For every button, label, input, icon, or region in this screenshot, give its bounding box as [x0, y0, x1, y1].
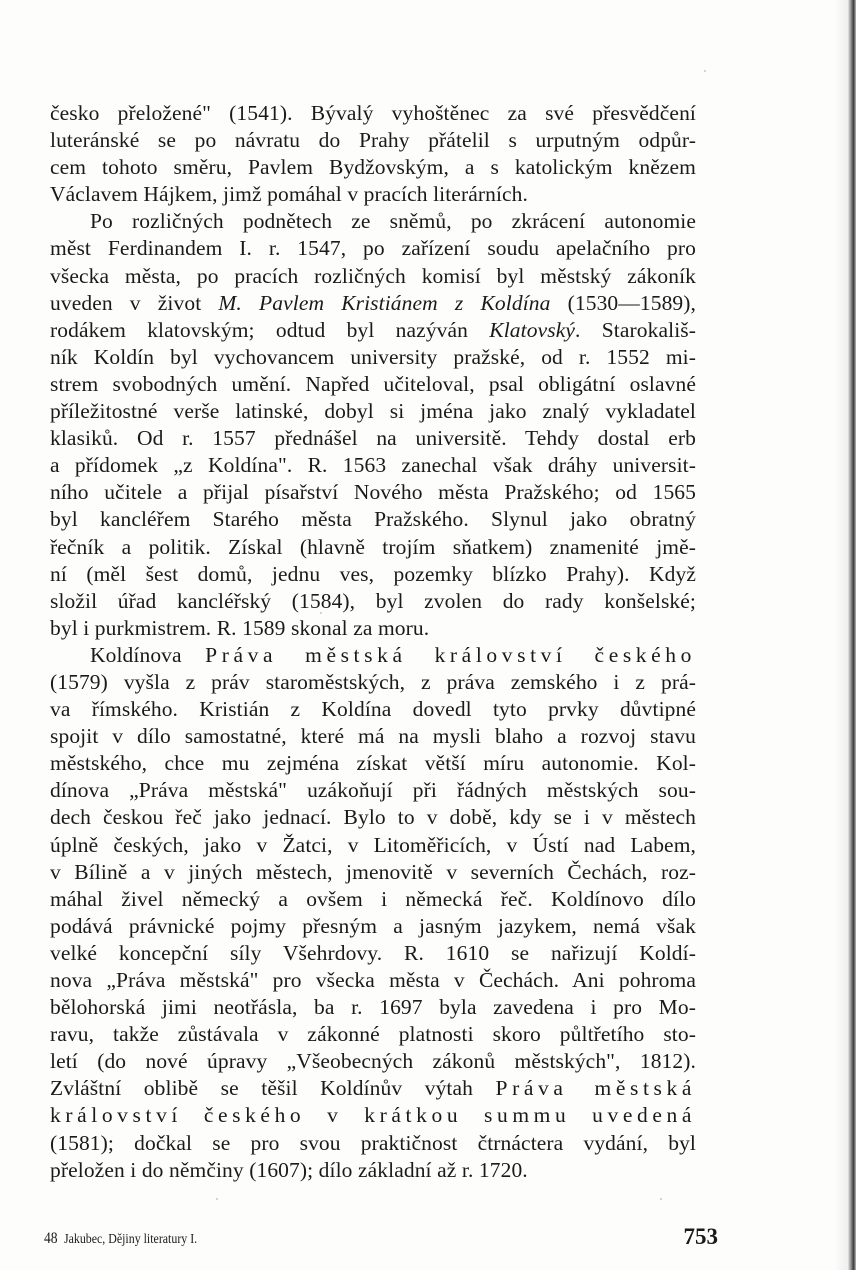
text-run: . Starokališ-	[575, 318, 696, 342]
text-run: velké koncepční síly Všehrdovy. R. 1610 …	[50, 941, 696, 965]
text-run: ravu, takže zůstávala v zákonné platnost…	[50, 1022, 696, 1046]
signature-text: Jakubec, Dějiny literatury I.	[64, 1232, 197, 1247]
page-gutter-shadow	[834, 0, 848, 1270]
text-run: klasiků. Od r. 1557 přednášel na univers…	[50, 426, 696, 450]
text-line: byl kancléřem Starého města Pražského. S…	[50, 506, 696, 533]
text-line: a přídomek „z Koldína". R. 1563 zanechal…	[50, 452, 696, 479]
text-run: v Bílině a v jiných městech, jmenovitě v…	[50, 860, 696, 884]
text-run: byl i purkmistrem. R. 1589 skonal za mor…	[50, 616, 429, 640]
text-line: spojit v dílo samostatné, které má na my…	[50, 723, 696, 750]
text-run: přeložen i do němčiny (1607); dílo zákla…	[50, 1158, 528, 1182]
signature-number: 48	[44, 1230, 58, 1247]
text-run: Po rozličných podnětech ze sněmů, po zkr…	[90, 209, 696, 233]
text-line: ník Koldín byl vychovancem university pr…	[50, 344, 696, 371]
text-line: (1581); dočkal se pro svou praktičnost č…	[50, 1130, 696, 1157]
page-edge	[848, 0, 856, 1270]
text-run: dínova „Práva městská" uzákoňují při řád…	[50, 778, 696, 802]
text-line: luteránské se po návratu do Prahy přátel…	[50, 127, 696, 154]
text-run: česko přeložené" (1541). Bývalý vyhoštěn…	[50, 101, 696, 125]
italic-name: M. Pavlem Kristiánem z Koldína	[218, 291, 550, 315]
text-run: Václavem Hájkem, jimž pomáhal v pracích …	[50, 182, 528, 206]
text-run: byl kancléřem Starého města Pražského. S…	[50, 507, 696, 531]
text-line: bělohorská jimi neotřásla, ba r. 1697 by…	[50, 994, 696, 1021]
text-run: (1581); dočkal se pro svou praktičnost č…	[50, 1131, 696, 1155]
text-line: ravu, takže zůstávala v zákonné platnost…	[50, 1021, 696, 1048]
text-line: velké koncepční síly Všehrdovy. R. 1610 …	[50, 940, 696, 967]
text-line: (1579) vyšla z práv staroměstských, z pr…	[50, 669, 696, 696]
printer-signature: 48 Jakubec, Dějiny literatury I.	[44, 1230, 197, 1248]
scan-speck	[704, 70, 706, 72]
text-run: bělohorská jimi neotřásla, ba r. 1697 by…	[50, 995, 696, 1019]
text-run: a přídomek „z Koldína". R. 1563 zanechal…	[50, 453, 696, 477]
text-line: rodákem klatovským; odtud byl nazýván Kl…	[50, 317, 696, 344]
text-run: úplně českých, jako v Žatci, v Litoměřic…	[50, 833, 696, 857]
text-run: příležitostné verše latinské, dobyl si j…	[50, 399, 696, 423]
text-line: dech českou řeč jako jednací. Bylo to v …	[50, 804, 696, 831]
page-number: 753	[684, 1224, 719, 1250]
text-run: nova „Práva městská" pro všecka města v …	[50, 968, 696, 992]
page-body-text: česko přeložené" (1541). Bývalý vyhoštěn…	[50, 100, 696, 1184]
text-line: řečník a politik. Získal (hlavně trojím …	[50, 534, 696, 561]
text-run: letí (do nové úpravy „Všeobecných zákonů…	[50, 1049, 696, 1073]
text-run: podává právnické pojmy přesným a jasným …	[50, 914, 696, 938]
text-line: ní (měl šest domů, jednu ves, pozemky bl…	[50, 561, 696, 588]
text-run: všecka města, po pracích rozličných komi…	[50, 264, 696, 288]
text-line: v Bílině a v jiných městech, jmenovitě v…	[50, 859, 696, 886]
spaced-title: Práva městská království českého	[205, 643, 696, 667]
text-line: městského, chce mu zejména získat větší …	[50, 750, 696, 777]
text-run: uveden v život	[50, 291, 218, 315]
text-run: řečník a politik. Získal (hlavně trojím …	[50, 535, 696, 559]
text-line: podává právnické pojmy přesným a jasným …	[50, 913, 696, 940]
text-line: uveden v život M. Pavlem Kristiánem z Ko…	[50, 290, 696, 317]
text-run: měst Ferdinandem I. r. 1547, po zařízení…	[50, 236, 696, 260]
text-line: byl i purkmistrem. R. 1589 skonal za mor…	[50, 615, 696, 642]
text-line: přeložen i do němčiny (1607); dílo zákla…	[50, 1157, 696, 1184]
text-line: království českého v krátkou summu uvede…	[50, 1102, 696, 1129]
text-run: va římského. Kristián z Koldína dovedl t…	[50, 697, 696, 721]
text-run: ník Koldín byl vychovancem university pr…	[50, 345, 696, 369]
text-run: Koldínova	[90, 643, 205, 667]
text-run: spojit v dílo samostatné, které má na my…	[50, 724, 696, 748]
text-run: ní (měl šest domů, jednu ves, pozemky bl…	[50, 562, 696, 586]
text-line: všecka města, po pracích rozličných komi…	[50, 263, 696, 290]
text-run: ního učitele a přijal písařství Nového m…	[50, 480, 696, 504]
text-run: strem svobodných umění. Napřed učitelova…	[50, 372, 696, 396]
text-run: městského, chce mu zejména získat větší …	[50, 751, 696, 775]
text-line: dínova „Práva městská" uzákoňují při řád…	[50, 777, 696, 804]
text-line: letí (do nové úpravy „Všeobecných zákonů…	[50, 1048, 696, 1075]
scan-speck	[216, 1198, 218, 1200]
text-run: máhal živel německý a ovšem i německá ře…	[50, 887, 696, 911]
spaced-title: království českého v krátkou summu uvede…	[50, 1103, 696, 1127]
text-line: příležitostné verše latinské, dobyl si j…	[50, 398, 696, 425]
text-run: (1579) vyšla z práv staroměstských, z pr…	[50, 670, 696, 694]
text-run: Zvláštní oblibě se těšil Koldínův výtah	[50, 1076, 496, 1100]
text-line: máhal živel německý a ovšem i německá ře…	[50, 886, 696, 913]
text-line: ního učitele a přijal písařství Nového m…	[50, 479, 696, 506]
text-line: klasiků. Od r. 1557 přednášel na univers…	[50, 425, 696, 452]
spaced-title: Práva městská	[496, 1076, 696, 1100]
text-run: cem tohoto směru, Pavlem Bydžovským, a s…	[50, 155, 696, 179]
text-line: česko přeložené" (1541). Bývalý vyhoštěn…	[50, 100, 696, 127]
text-line: strem svobodných umění. Napřed učitelova…	[50, 371, 696, 398]
text-line: Zvláštní oblibě se těšil Koldínův výtah …	[50, 1075, 696, 1102]
text-line: Koldínova Práva městská království české…	[50, 642, 696, 669]
text-run: (1530—1589),	[550, 291, 696, 315]
text-line: úplně českých, jako v Žatci, v Litoměřic…	[50, 832, 696, 859]
text-line: složil úřad kancléřský (1584), byl zvole…	[50, 588, 696, 615]
text-run: složil úřad kancléřský (1584), byl zvole…	[50, 589, 696, 613]
text-line: va římského. Kristián z Koldína dovedl t…	[50, 696, 696, 723]
page-footer: 48 Jakubec, Dějiny literatury I. 753	[44, 1222, 704, 1252]
text-run: dech českou řeč jako jednací. Bylo to v …	[50, 805, 696, 829]
text-line: nova „Práva městská" pro všecka města v …	[50, 967, 696, 994]
scan-speck	[660, 1198, 662, 1200]
text-line: Václavem Hájkem, jimž pomáhal v pracích …	[50, 181, 696, 208]
text-line: cem tohoto směru, Pavlem Bydžovským, a s…	[50, 154, 696, 181]
italic-name: Klatovský	[489, 318, 575, 342]
text-run: rodákem klatovským; odtud byl nazýván	[50, 318, 489, 342]
text-line: měst Ferdinandem I. r. 1547, po zařízení…	[50, 235, 696, 262]
text-line: Po rozličných podnětech ze sněmů, po zkr…	[50, 208, 696, 235]
text-run: luteránské se po návratu do Prahy přátel…	[50, 128, 696, 152]
